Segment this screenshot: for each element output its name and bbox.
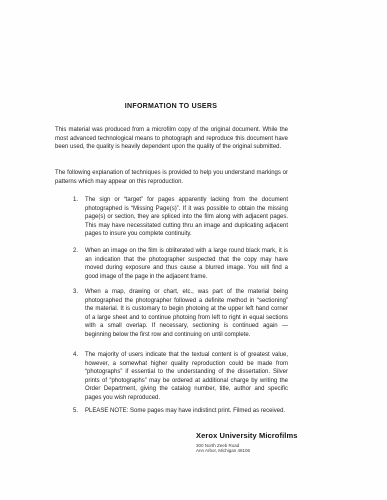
- list-item-4: 4. The majority of users indicate that t…: [85, 351, 288, 402]
- item-number-1: 1.: [73, 196, 84, 205]
- item-text-4: The majority of users indicate that the …: [85, 352, 288, 401]
- list-item-3: 3. When a map, drawing or chart, etc., w…: [85, 288, 288, 339]
- item-text-3: When a map, drawing or chart, etc., was …: [85, 289, 288, 338]
- item-number-5: 5.: [73, 407, 84, 416]
- document-page: INFORMATION TO USERS This material was p…: [0, 0, 387, 500]
- item-text-5: PLEASE NOTE: Some pages may have indisti…: [85, 408, 285, 414]
- signature-address: 300 North Zeeb Road Ann Arbor, Michigan …: [196, 443, 336, 454]
- document-title: INFORMATION TO USERS: [55, 103, 287, 110]
- signature-block: Xerox University Microfilms 300 North Ze…: [196, 431, 336, 454]
- item-number-3: 3.: [73, 288, 84, 297]
- intro-paragraph-1: This material was produced from a microf…: [55, 126, 288, 152]
- signature-company: Xerox University Microfilms: [196, 431, 336, 440]
- list-item-1: 1. The sign or “target” for pages appare…: [85, 196, 288, 239]
- item-text-2: When an image on the film is obliterated…: [85, 248, 288, 280]
- item-number-2: 2.: [73, 247, 84, 256]
- list-item-2: 2. When an image on the film is oblitera…: [85, 247, 288, 281]
- list-item-5: 5. PLEASE NOTE: Some pages may have indi…: [85, 407, 288, 416]
- item-number-4: 4.: [73, 351, 84, 360]
- signature-address-line2: Ann Arbor, Michigan 48106: [196, 448, 336, 454]
- item-text-1: The sign or “target” for pages apparentl…: [85, 197, 288, 237]
- intro-paragraph-2: The following explanation of techniques …: [55, 169, 288, 186]
